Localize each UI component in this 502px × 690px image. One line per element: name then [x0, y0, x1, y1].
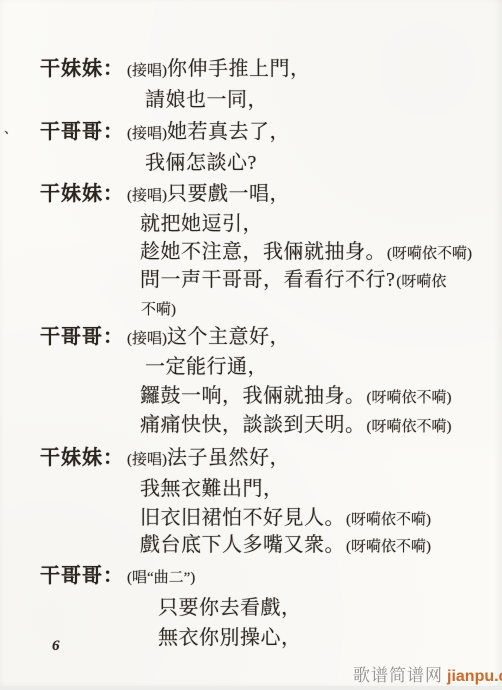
speaker-name: 干妹妹：	[40, 183, 124, 205]
lyric-text: 旧衣旧裙怕不好見人。	[140, 507, 345, 529]
lyric-text: 法子虽然好，	[167, 447, 290, 469]
lyric-text: 請娘也一同，	[145, 89, 268, 111]
vocable-refrain: (呀嗬依不嗬)	[346, 539, 431, 555]
script-line: 干哥哥：(接唱)她若真去了，	[40, 120, 290, 146]
lyric-text: 一定能行通，	[145, 356, 268, 378]
script-line: 旧衣旧裙怕不好見人。(呀嗬依不嗬)	[140, 506, 431, 532]
stage-direction: (接唱)	[127, 63, 167, 79]
lyric-text: 她若真去了，	[167, 121, 290, 143]
lyric-text: 鑼鼓一响，我倆就抽身。	[140, 385, 366, 407]
script-line: 干妹妹：(接唱)你伸手推上門，	[40, 57, 311, 83]
watermark-site-name: 歌谱简谱网	[353, 666, 443, 685]
script-line: 鑼鼓一响，我倆就抽身。(呀嗬依不嗬)	[140, 384, 452, 410]
stage-direction: (接唱)	[127, 331, 167, 347]
lyric-text: 痛痛快快，談談到天明。	[140, 414, 366, 436]
vocable-refrain: 不嗬)	[141, 302, 176, 318]
scanned-script-page: 、 干妹妹：(接唱)你伸手推上門， 請娘也一同， 干哥哥：(接唱)她若真去了， …	[0, 0, 502, 690]
speaker-name: 干哥哥：	[40, 326, 124, 348]
script-line: 戲台底下人多嘴又衆。(呀嗬依不嗬)	[140, 533, 431, 559]
lyric-text: 只要你去看戲，	[158, 597, 302, 619]
script-line: 我倆怎談心?	[145, 151, 257, 175]
lyric-text: 戲台底下人多嘴又衆。	[140, 534, 345, 556]
ink-stray-mark: 、	[4, 118, 17, 137]
lyric-text: 只要戲一唱，	[167, 183, 290, 205]
lyric-text: 就把她逗引，	[140, 213, 263, 235]
lyric-text: 無衣你別操心，	[158, 627, 302, 649]
lyric-text: 問一声干哥哥，看看行不行?	[140, 269, 395, 291]
vocable-refrain: (呀嗬依不嗬)	[346, 512, 431, 528]
lyric-text: 这个主意好，	[167, 326, 290, 348]
script-line: 只要你去看戲，	[158, 596, 302, 620]
script-line: 干哥哥：(接唱)这个主意好，	[40, 325, 290, 351]
stage-direction: (接唱)	[127, 188, 167, 204]
script-line: 干妹妹：(接唱)法子虽然好，	[40, 446, 290, 472]
script-line: 一定能行通，	[145, 355, 268, 379]
vocable-refrain: (呀嗬依	[396, 274, 446, 290]
script-line: 無衣你別操心，	[158, 626, 302, 650]
script-line: 就把她逗引，	[140, 212, 263, 236]
watermark-site-url: jianpu.cn	[447, 668, 502, 685]
script-line: 問一声干哥哥，看看行不行?(呀嗬依	[140, 268, 446, 294]
page-number: 6	[52, 638, 60, 655]
speaker-name: 干妹妹：	[40, 447, 124, 469]
stage-direction: (接唱)	[127, 452, 167, 468]
script-line: 請娘也一同，	[145, 88, 268, 112]
lyric-text: 你伸手推上門，	[167, 58, 311, 80]
script-line: 我無衣難出門，	[140, 477, 284, 501]
lyric-text: 我無衣難出門，	[140, 478, 284, 500]
lyric-text: 趁她不注意，我倆就抽身。	[140, 241, 386, 263]
speaker-name: 干哥哥：	[40, 565, 124, 587]
vocable-refrain: (呀嗬依不嗬)	[387, 246, 472, 262]
speaker-name: 干妹妹：	[40, 58, 124, 80]
script-line: 不嗬)	[140, 296, 176, 322]
vocable-refrain: (呀嗬依不嗬)	[367, 390, 452, 406]
script-line: 趁她不注意，我倆就抽身。(呀嗬依不嗬)	[140, 240, 472, 266]
script-line: 干哥哥：(唱“曲二”)	[40, 564, 195, 590]
script-line: 干妹妹：(接唱)只要戲一唱，	[40, 182, 290, 208]
script-line: 痛痛快快，談談到天明。(呀嗬依不嗬)	[140, 413, 452, 439]
watermark: 歌谱简谱网jianpu.cn	[353, 661, 502, 686]
stage-direction: (接唱)	[127, 126, 167, 142]
scan-bottom-edge	[0, 686, 502, 690]
stage-direction: (唱“曲二”)	[127, 570, 195, 586]
speaker-name: 干哥哥：	[40, 121, 124, 143]
lyric-text: 我倆怎談心?	[145, 152, 257, 174]
vocable-refrain: (呀嗬依不嗬)	[367, 419, 452, 435]
